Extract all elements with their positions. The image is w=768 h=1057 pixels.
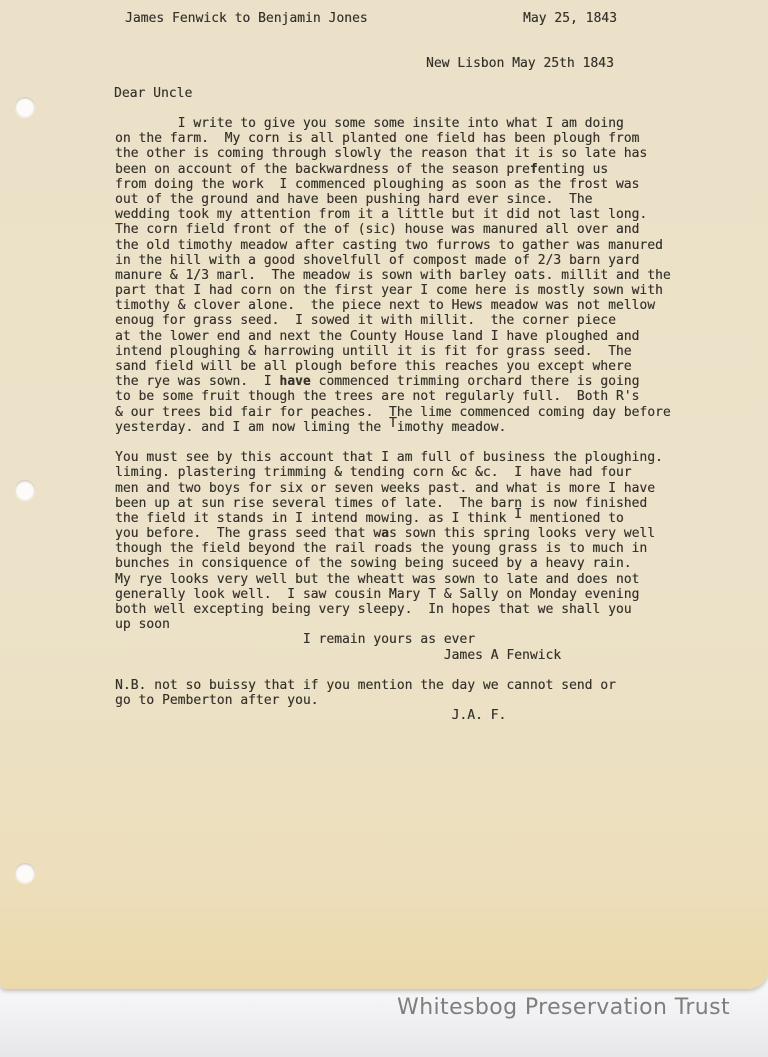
- letter-line: [115, 663, 671, 678]
- letter-line: on the farm. My corn is all planted one …: [115, 131, 671, 146]
- letter-header-date: May 25, 1843: [523, 11, 617, 26]
- letter-line: the rye was sown. I have commenced trimm…: [115, 374, 671, 389]
- letter-line: N.B. not so buissy that if you mention t…: [115, 678, 671, 693]
- punch-hole-bottom: [15, 863, 35, 883]
- letter-line: the old timothy meadow after casting two…: [115, 238, 671, 253]
- letter-line: I remain yours as ever: [115, 632, 671, 647]
- letter-line: men and two boys for six or seven weeks …: [115, 481, 671, 496]
- letter-line: You must see by this account that I am f…: [115, 450, 671, 465]
- letter-line: the other is coming through slowly the r…: [115, 146, 671, 161]
- letter-line: intend ploughing & harrowing untill it i…: [115, 344, 671, 359]
- letter-line: out of the ground and have been pushing …: [115, 192, 671, 207]
- letter-header-title: James Fenwick to Benjamin Jones: [125, 11, 368, 26]
- letter-line: J.A. F.: [115, 708, 671, 723]
- letter-line: been up at sun rise several times of lat…: [115, 496, 671, 511]
- letter-line: [115, 435, 671, 450]
- letter-line: liming. plastering trimming & tending co…: [115, 465, 671, 480]
- letter-line: My rye looks very well but the wheatt wa…: [115, 572, 671, 587]
- letter-paper: James Fenwick to Benjamin Jones May 25, …: [0, 0, 768, 989]
- letter-salutation: Dear Uncle: [114, 86, 192, 101]
- letter-line: to be some fruit though the trees are no…: [115, 389, 671, 404]
- letter-line: up soon: [115, 617, 671, 632]
- letter-line: the field it stands in I intend mowing. …: [115, 511, 671, 526]
- letter-dateline: New Lisbon May 25th 1843: [426, 56, 614, 71]
- letter-line: bunches in consiquence of the sowing bei…: [115, 556, 671, 571]
- letter-line: though the field beyond the rail roads t…: [115, 541, 671, 556]
- letter-line: I write to give you some some insite int…: [115, 116, 671, 131]
- letter-line: James A Fenwick: [115, 648, 671, 663]
- scan-background: James Fenwick to Benjamin Jones May 25, …: [0, 0, 768, 1057]
- letter-line: sand field will be all plough before thi…: [115, 359, 671, 374]
- letter-line: enoug for grass seed. I sowed it with mi…: [115, 313, 671, 328]
- letter-line: part that I had corn on the first year I…: [115, 283, 671, 298]
- letter-line: generally look well. I saw cousin Mary T…: [115, 587, 671, 602]
- letter-line: from doing the work I commenced ploughin…: [115, 177, 671, 192]
- letter-line: yesterday. and I am now liming the Timot…: [115, 420, 671, 435]
- letter-line: you before. The grass seed that was sown…: [115, 526, 671, 541]
- letter-line: wedding took my attention from it a litt…: [115, 207, 671, 222]
- letter-line: timothy & clover alone. the piece next t…: [115, 298, 671, 313]
- punch-hole-top: [15, 97, 35, 117]
- letter-line: been on account of the backwardness of t…: [115, 162, 671, 177]
- letter-line: both well excepting being very sleepy. I…: [115, 602, 671, 617]
- letter-body: I write to give you some some insite int…: [115, 116, 671, 724]
- letter-line: go to Pemberton after you.: [115, 693, 671, 708]
- letter-line: in the hill with a good shovelfull of co…: [115, 253, 671, 268]
- watermark-text: Whitesbog Preservation Trust: [397, 995, 730, 1020]
- letter-line: manure & 1/3 marl. The meadow is sown wi…: [115, 268, 671, 283]
- letter-line: The corn field front of the of (sic) hou…: [115, 222, 671, 237]
- letter-line: at the lower end and next the County Hou…: [115, 329, 671, 344]
- punch-hole-middle: [15, 480, 35, 500]
